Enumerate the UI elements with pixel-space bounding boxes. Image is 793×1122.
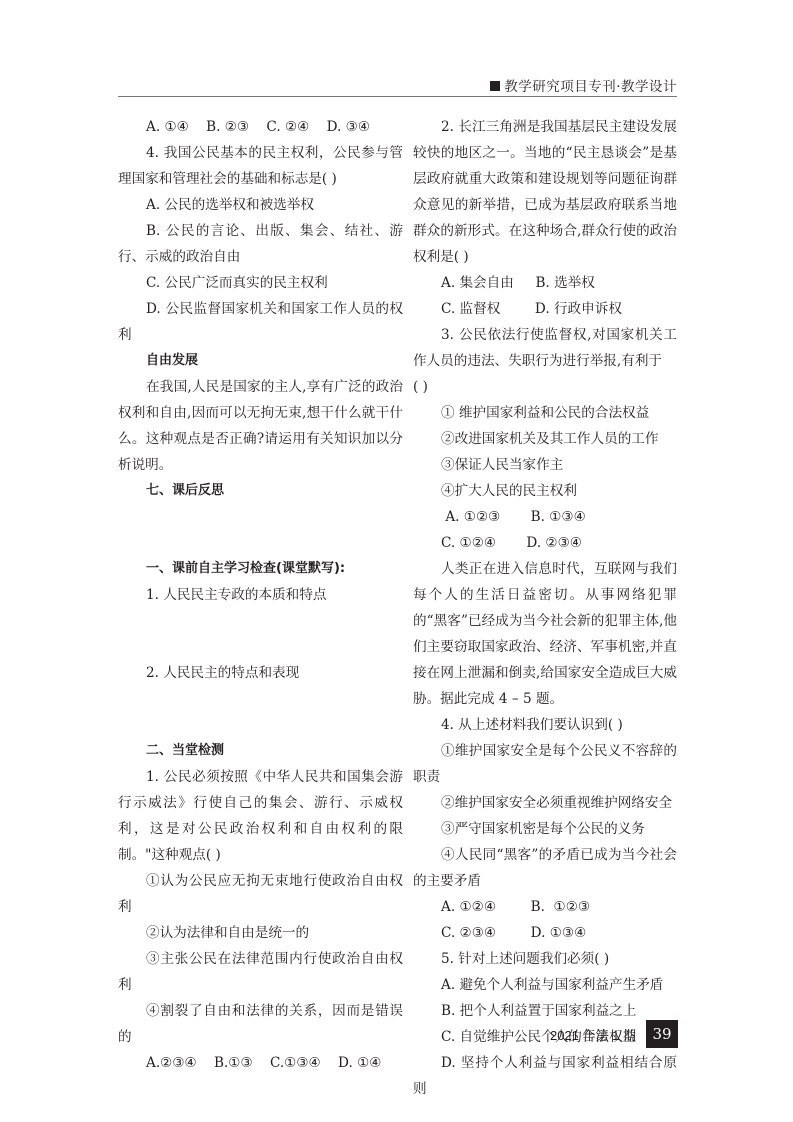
section2-title: 二、当堂检测 — [118, 738, 403, 764]
q3-answer-paren: ( ) — [413, 374, 677, 400]
right-column: 2. 长江三角洲是我国基层民主建设发展较快的地区之一。当地的“民主恳谈会”是基层… — [413, 114, 677, 1102]
q3-options: A. ①④ B. ②③ C. ②④ D. ③④ — [118, 114, 403, 140]
q4b-statement-2: ②维护国家安全必须重视维护网络安全 — [413, 790, 677, 816]
header-title-wrap: 教学研究项目专刊·教学设计 — [490, 75, 677, 95]
q2-options-row2: C. 监督权 D. 行政申诉权 — [413, 296, 677, 322]
header-title: 教学研究项目专刊·教学设计 — [504, 79, 677, 95]
page-number: 39 — [646, 1020, 678, 1048]
q3-statement-2: ②改进国家机关及其工作人员的工作 — [413, 426, 677, 452]
q4-stem: 4. 我国公民基本的民主权利，公民参与管理国家和管理社会的基础和标志是( ) — [118, 140, 403, 192]
q4b-stem: 4. 从上述材料我们要认识到( ) — [413, 712, 677, 738]
q2-options-row1: A. 集会自由 B. 选举权 — [413, 270, 677, 296]
q3-statement-4: ④扩大人民的民主权利 — [413, 478, 677, 504]
issue-label: 2021 年第 1 期 — [550, 1025, 636, 1044]
s2-q1-statement-1: ①认为公民应无拘无束地行使政治自由权利 — [118, 868, 403, 920]
q4-option-d: D. 公民监督国家机关和国家工作人员的权利 — [118, 296, 403, 348]
q3-options-row1: A. ①②③ B. ①③④ — [413, 504, 677, 530]
page-footer: 2021 年第 1 期 39 — [520, 1020, 680, 1048]
q4b-statement-3: ③严守国家机密是每个公民的义务 — [413, 816, 677, 842]
q5-option-d: D. 坚持个人利益与国家利益相结合原则 — [413, 1050, 677, 1102]
q3-stem: 3. 公民依法行使监督权,对国家机关工作人员的违法、失职行为进行举报,有利于 — [413, 322, 677, 374]
q4b-options-row1: A. ①②④ B. ①②③ — [413, 894, 677, 920]
section1-item-1: 1. 人民民主专政的本质和特点 — [118, 582, 403, 608]
q3-options-row2: C. ①②④ D. ②③④ — [413, 530, 677, 556]
section7-title: 七、课后反思 — [118, 478, 403, 504]
q4-option-a: A. 公民的选举权和被选举权 — [118, 192, 403, 218]
s2-q1-statement-2: ②认为法律和自由是统一的 — [118, 920, 403, 946]
free-dev-text: 在我国,人民是国家的主人,享有广泛的政治权利和自由,因而可以无拘无束,想干什么就… — [118, 374, 403, 478]
material-text: 人类正在进入信息时代，互联网与我们每个人的生活日益密切。从事网络犯罪的“黑客”已… — [413, 556, 677, 712]
q4b-options-row2: C. ②③④ D. ①③④ — [413, 920, 677, 946]
q5-option-a: A. 避免个人利益与国家利益产生矛盾 — [413, 972, 677, 998]
free-dev-title: 自由发展 — [118, 348, 403, 374]
square-bullet-icon — [490, 81, 500, 91]
s2-q1-options: A.②③④ B.①③ C.①③④ D. ①④ — [118, 1050, 403, 1076]
section1-item-2: 2. 人民民主的特点和表现 — [118, 660, 403, 686]
s2-q1-statement-4: ④割裂了自由和法律的关系，因而是错误的 — [118, 998, 403, 1050]
q4-option-b: B. 公民的言论、出版、集会、结社、游行、示威的政治自由 — [118, 218, 403, 270]
s2-q1-stem: 1. 公民必须按照《中华人民共和国集会游行示威法》行使自己的集会、游行、示威权利… — [118, 764, 403, 868]
s2-q1-statement-3: ③主张公民在法律范围内行使政治自由权利 — [118, 946, 403, 998]
left-column: A. ①④ B. ②③ C. ②④ D. ③④ 4. 我国公民基本的民主权利，公… — [118, 114, 403, 1076]
q4b-statement-4: ④人民同“黑客”的矛盾已成为当今社会的主要矛盾 — [413, 842, 677, 894]
q3-statement-1: ① 维护国家利益和公民的合法权益 — [413, 400, 677, 426]
running-header: 教学研究项目专刊·教学设计 — [118, 78, 677, 97]
q3-statement-3: ③保证人民当家作主 — [413, 452, 677, 478]
q5-stem: 5. 针对上述问题我们必须( ) — [413, 946, 677, 972]
section1-title: 一、课前自主学习检查(课堂默写): — [118, 556, 403, 582]
q4b-statement-1: ①维护国家安全是每个公民义不容辞的职责 — [413, 738, 677, 790]
q2-stem: 2. 长江三角洲是我国基层民主建设发展较快的地区之一。当地的“民主恳谈会”是基层… — [413, 114, 677, 270]
q4-option-c: C. 公民广泛而真实的民主权利 — [118, 270, 403, 296]
